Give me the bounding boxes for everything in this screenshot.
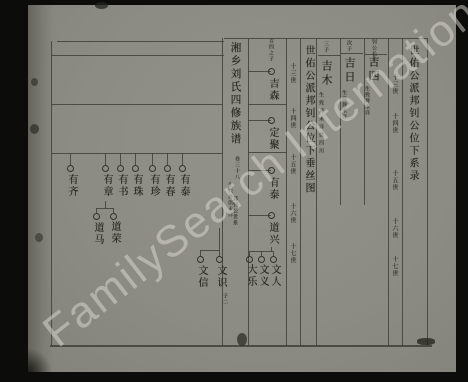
ink-blob-bottom-right: [417, 338, 435, 345]
row-name-2: 有春: [161, 174, 173, 198]
chain-child-circle-1: [270, 256, 277, 263]
chain-node-circle-1: [268, 68, 275, 75]
youzhang-child-name-r: 道荣: [107, 221, 119, 245]
row-circle-4: [132, 165, 139, 172]
wen-name-r: 文识: [213, 265, 225, 289]
row-circle-7: [67, 165, 74, 172]
chain-child-name-3: 大乐: [243, 264, 255, 288]
wen-name-l: 文信: [194, 265, 206, 289]
scan-smudge-left-1: [31, 78, 38, 86]
scan-smudge-left-3: [35, 233, 43, 242]
row-circle-3: [149, 165, 156, 172]
chain-row-divider-1: [248, 104, 286, 105]
record-gen-14: 十四世: [391, 113, 397, 134]
row-name-6: 有章: [99, 174, 111, 198]
wen-note: 子二: [222, 293, 227, 305]
chart-gen-13: 十三世: [289, 63, 295, 84]
chain-child-name-2: 文义: [255, 264, 267, 288]
row-name-4: 有珠: [129, 174, 141, 198]
record-title-right-border: [427, 38, 428, 346]
youzhang-child-circle-l: [93, 213, 100, 220]
row-circle-1: [179, 165, 186, 172]
header-underline-jimu: [318, 55, 340, 56]
row-name-3: 有珍: [146, 174, 158, 198]
ink-blob-spine-bottom: [237, 333, 247, 346]
leftpage-row-divider-1: [51, 104, 222, 105]
wen-circle-r: [216, 256, 223, 263]
chart-gen-16: 十六世: [289, 203, 295, 224]
chain-origin-note: 吉四之子: [268, 38, 273, 62]
youzhang-stem: [105, 201, 106, 208]
chain-child-name-1: 文人: [267, 264, 279, 288]
chain-node-circle-2: [268, 117, 275, 124]
entry-jimu-name: 吉木: [320, 60, 331, 88]
entry-jimu-relation: 三子: [323, 41, 328, 53]
row-circle-5: [117, 165, 124, 172]
chain-column-border: [286, 38, 287, 346]
row-circle-6: [102, 165, 109, 172]
genscale2-border: [300, 38, 301, 346]
row-name-7: 有齐: [64, 174, 76, 198]
header-underline-jiri: [341, 53, 363, 54]
chart-gen-17: 十七世: [289, 243, 295, 264]
row-stem-7: [70, 153, 71, 165]
entry-jiri-relation: 次子: [346, 40, 351, 52]
wen-circle-l: [197, 256, 204, 263]
row-stem-4: [135, 153, 136, 165]
chain-node-name-4: 道兴: [265, 222, 277, 246]
wen-bracket: [200, 250, 220, 251]
chart-title-border: [316, 38, 317, 346]
chain-child-circle-2: [258, 256, 265, 263]
chain-child-circle-3: [246, 256, 253, 263]
row-circle-2: [164, 165, 171, 172]
row-name-1: 有泰: [176, 174, 188, 198]
leftpage-left-border: [51, 41, 52, 346]
youzhang-bracket: [96, 208, 114, 209]
scan-smudge-top: [95, 2, 108, 9]
row-stem-6: [105, 153, 106, 165]
scan-smudge-left-2: [30, 124, 39, 134]
youzhang-child-name-l: 道马: [90, 222, 102, 246]
row-stem-5: [120, 153, 121, 165]
row-stem-3: [152, 153, 153, 165]
scanned-genealogy-page: 湘乡刘氏四修族谱 卷三十八 邦钊公世系 世佑公派邦钊公位下系录 十三世 十四世 …: [0, 0, 468, 382]
spine-book-title: 湘乡刘氏四修族谱: [230, 42, 241, 146]
row-stem-2: [167, 153, 168, 165]
row-stem-1: [182, 153, 183, 165]
record-gen-16: 十六世: [391, 218, 397, 239]
chain-node-name-1: 吉森: [265, 78, 277, 102]
record-gen-15: 十五世: [391, 170, 397, 191]
record-gen-17: 十七世: [391, 256, 397, 277]
row-name-5: 有书: [114, 174, 126, 198]
youzhang-child-circle-r: [110, 213, 117, 220]
chain-node-circle-4: [268, 212, 275, 219]
leftpage-row-divider-2: [51, 153, 222, 154]
frame-top-left-outer: [57, 41, 224, 42]
frame-top-left-inner: [52, 55, 224, 56]
